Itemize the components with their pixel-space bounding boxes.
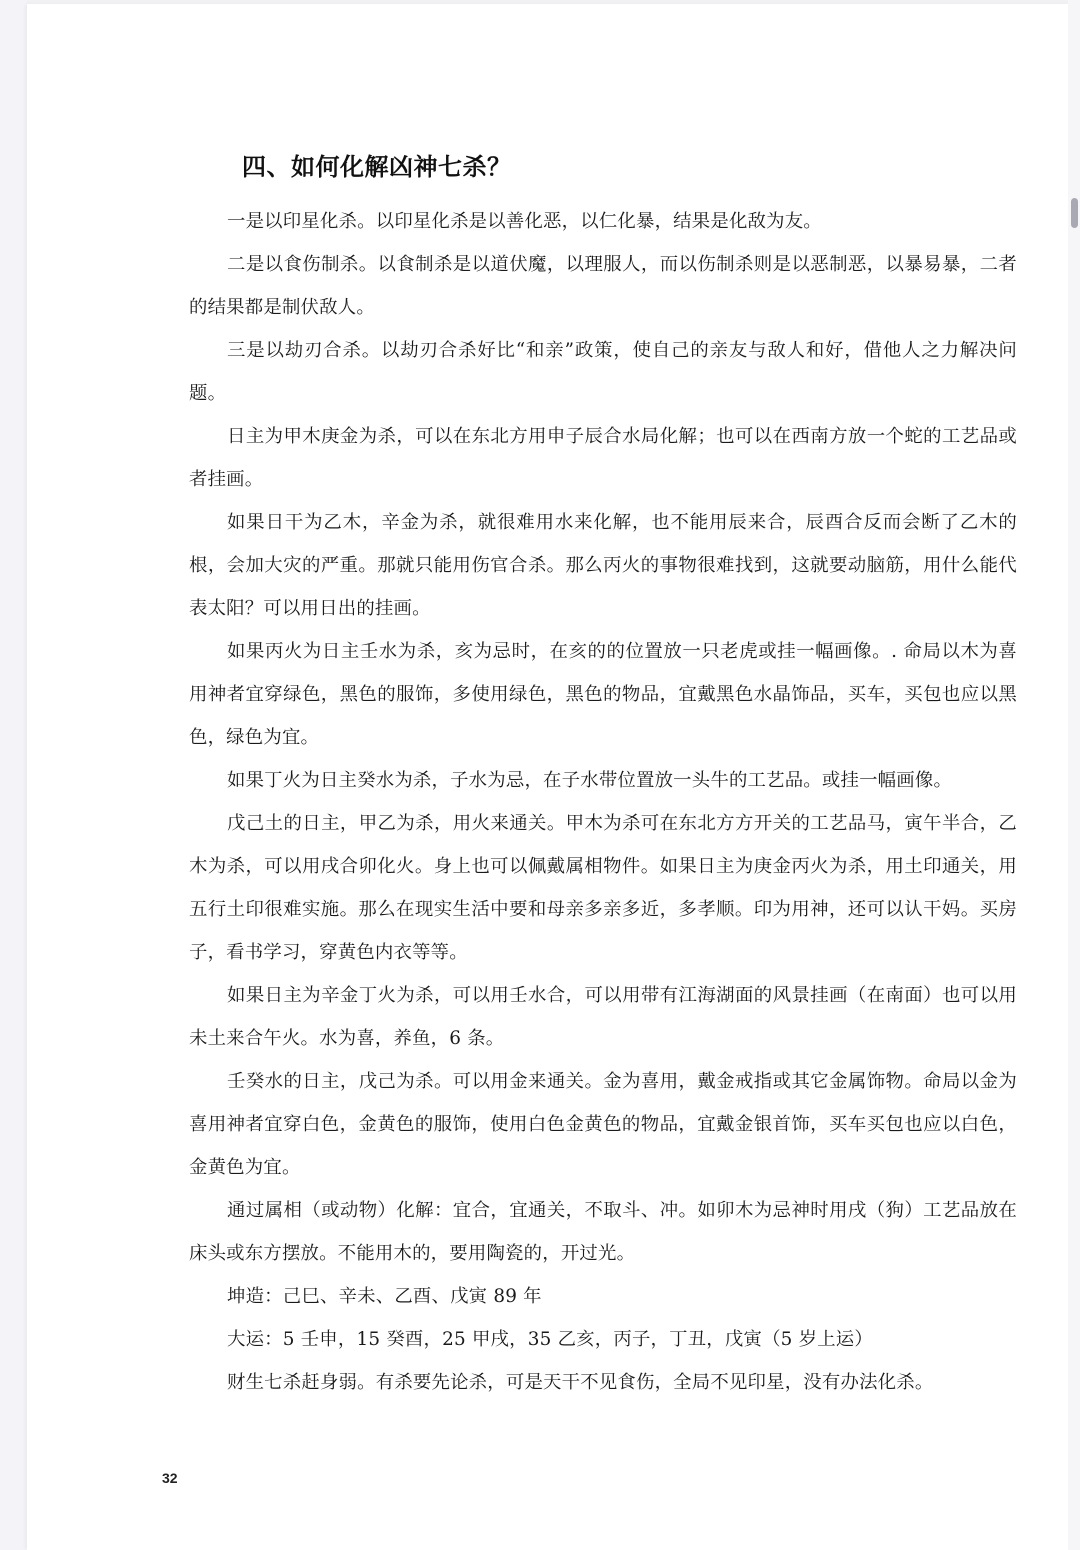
paragraph: 坤造：己巳、辛未、乙酉、戊寅 89 年 <box>189 1275 1017 1318</box>
paragraph: 如果丙火为日主壬水为杀，亥为忌时，在亥的的位置放一只老虎或挂一幅画像。. 命局以… <box>189 630 1017 759</box>
scrollbar-track[interactable] <box>1068 0 1080 1550</box>
scrollbar-thumb[interactable] <box>1071 198 1078 228</box>
paragraph: 戊己土的日主，甲乙为杀，用火来通关。甲木为杀可在东北方方开关的工艺品马，寅午半合… <box>189 802 1017 974</box>
paragraph: 日主为甲木庚金为杀，可以在东北方用申子辰合水局化解；也可以在西南方放一个蛇的工艺… <box>189 415 1017 501</box>
section-heading: 四、如何化解凶神七杀？ <box>242 147 512 182</box>
paragraph: 壬癸水的日主，戊己为杀。可以用金来通关。金为喜用，戴金戒指或其它金属饰物。命局以… <box>189 1060 1017 1189</box>
body-text: 一是以印星化杀。以印星化杀是以善化恶，以仁化暴，结果是化敌为友。 二是以食伤制杀… <box>189 200 1017 1404</box>
paragraph: 三是以劫刃合杀。以劫刃合杀好比“和亲”政策，使自己的亲友与敌人和好，借他人之力解… <box>189 329 1017 415</box>
paragraph: 通过属相（或动物）化解：宜合，宜通关，不取斗、冲。如卯木为忌神时用戌（狗）工艺品… <box>189 1189 1017 1275</box>
document-viewer: 四、如何化解凶神七杀？ 一是以印星化杀。以印星化杀是以善化恶，以仁化暴，结果是化… <box>0 0 1080 1550</box>
document-page: 四、如何化解凶神七杀？ 一是以印星化杀。以印星化杀是以善化恶，以仁化暴，结果是化… <box>27 4 1068 1550</box>
paragraph: 二是以食伤制杀。以食制杀是以道伏魔，以理服人，而以伤制杀则是以恶制恶，以暴易暴，… <box>189 243 1017 329</box>
page-number: 32 <box>162 1470 178 1486</box>
paragraph: 如果日干为乙木，辛金为杀，就很难用水来化解，也不能用辰来合，辰酉合反而会断了乙木… <box>189 501 1017 630</box>
paragraph: 大运：5 壬申，15 癸酉，25 甲戌，35 乙亥，丙子，丁丑，戊寅（5 岁上运… <box>189 1318 1017 1361</box>
paragraph: 如果日主为辛金丁火为杀，可以用壬水合，可以用带有江海湖面的风景挂画（在南面）也可… <box>189 974 1017 1060</box>
paragraph: 如果丁火为日主癸水为杀，子水为忌，在子水带位置放一头牛的工艺品。或挂一幅画像。 <box>189 759 1017 802</box>
paragraph: 财生七杀赶身弱。有杀要先论杀，可是天干不见食伤，全局不见印星，没有办法化杀。 <box>189 1361 1017 1404</box>
paragraph: 一是以印星化杀。以印星化杀是以善化恶，以仁化暴，结果是化敌为友。 <box>189 200 1017 243</box>
